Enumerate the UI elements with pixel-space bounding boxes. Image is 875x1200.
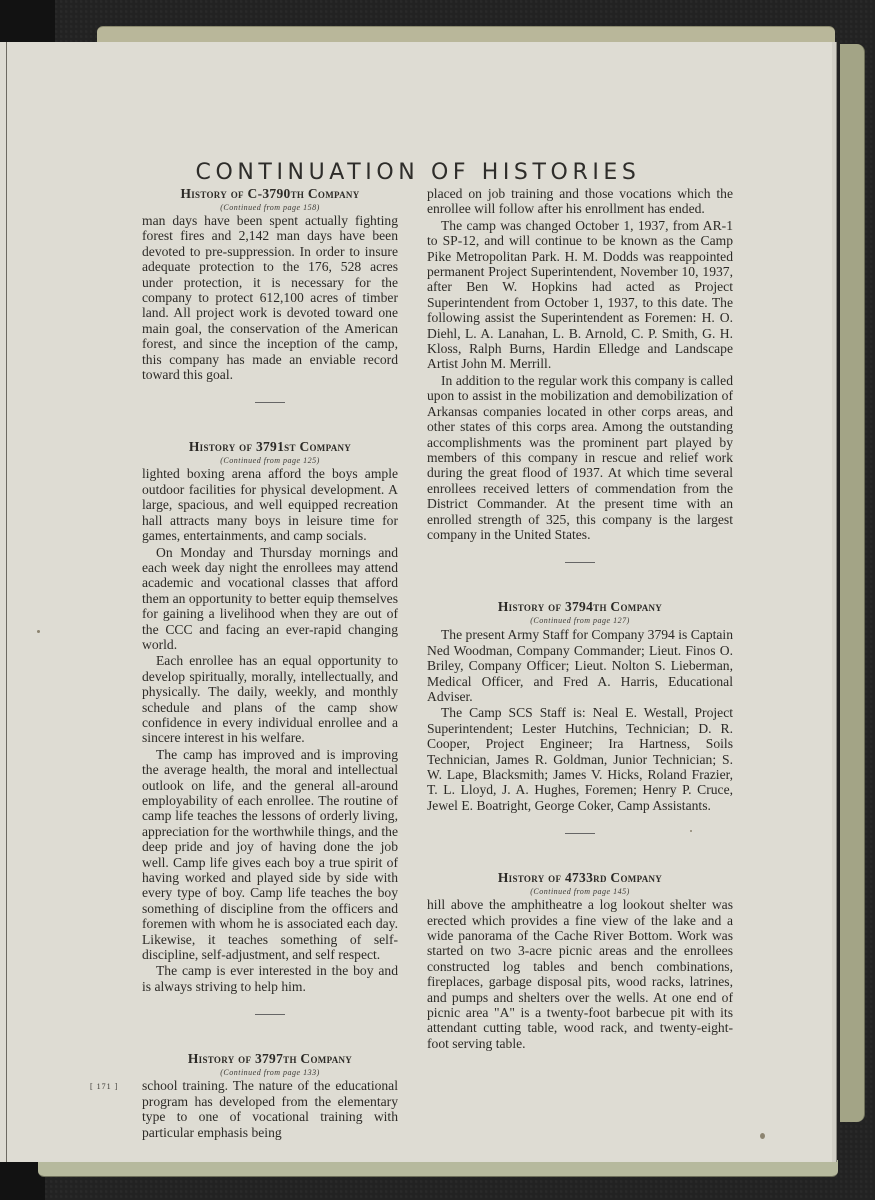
section-heading: History of 3791st Company [142,439,398,455]
section-heading: History of 3794th Company [427,599,733,615]
paper-spot [760,1133,765,1139]
paragraph: The camp has improved and is improving t… [142,747,398,963]
back-cover-edge-bottom [38,1160,838,1177]
right-column: placed on job training and those vocatio… [427,186,733,1051]
paragraph: man days have been spent actually fighti… [142,213,398,382]
left-column: History of C-3790th Company (Continued f… [142,186,398,1140]
section-divider [565,562,595,563]
section-c3790: History of C-3790th Company (Continued f… [142,186,398,382]
section-divider [565,833,595,834]
continued-note: (Continued from page 158) [142,202,398,213]
paragraph: The camp is ever interested in the boy a… [142,963,398,994]
section-heading: History of C-3790th Company [142,186,398,202]
continued-note: (Continued from page 127) [427,615,733,626]
continued-note: (Continued from page 125) [142,455,398,466]
paragraph: Each enrollee has an equal opportunity t… [142,653,398,745]
page-number: [ 171 ] [90,1082,118,1091]
page-title: CONTINUATION OF HISTORIES [0,160,836,185]
section-3797-continued: placed on job training and those vocatio… [427,186,733,542]
paragraph: In addition to the regular work this com… [427,373,733,542]
continued-note: (Continued from page 145) [427,886,733,897]
back-cover-edge-right [840,44,865,1122]
section-3794: History of 3794th Company (Continued fro… [427,599,733,813]
paragraph: The present Army Staff for Company 3794 … [427,627,733,704]
section-divider [255,1014,285,1015]
section-heading: History of 4733rd Company [427,870,733,886]
paragraph: On Monday and Thursday mornings and each… [142,545,398,653]
paragraph: The Camp SCS Staff is: Neal E. Westall, … [427,705,733,813]
paper-spot [37,630,40,633]
paragraph: hill above the amphitheatre a log lookou… [427,897,733,1051]
section-divider [255,402,285,403]
section-4733: History of 4733rd Company (Continued fro… [427,870,733,1051]
paragraph: The camp was changed October 1, 1937, fr… [427,218,733,372]
paragraph: lighted boxing arena afford the boys amp… [142,466,398,543]
section-heading: History of 3797th Company [142,1051,398,1067]
paragraph: placed on job training and those vocatio… [427,186,733,217]
section-3797: History of 3797th Company (Continued fro… [142,1051,398,1140]
continued-note: (Continued from page 133) [142,1067,398,1078]
paragraph: school training. The nature of the educa… [142,1078,398,1140]
page-gutter-line [6,42,7,1162]
scanner-shadow [0,0,55,45]
section-3791: History of 3791st Company (Continued fro… [142,439,398,994]
